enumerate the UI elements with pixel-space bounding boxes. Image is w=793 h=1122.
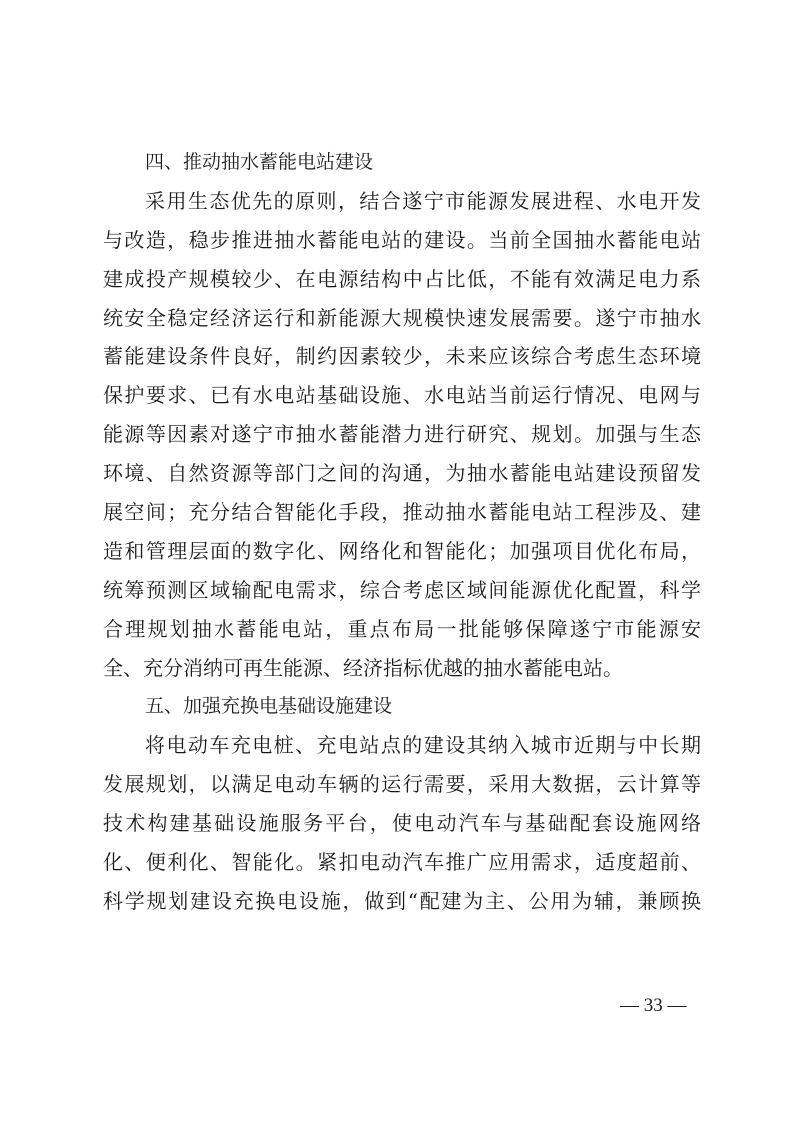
paragraph-line: 展空间；充分结合智能化手段，推动抽水蓄能电站工程涉及、建 xyxy=(103,493,701,532)
paragraph-line: 能源等因素对遂宁市抽水蓄能潜力进行研究、规划。加强与生态 xyxy=(103,415,701,454)
paragraph-line: 全、充分消纳可再生能源、经济指标优越的抽水蓄能电站。 xyxy=(103,649,701,688)
paragraph-line: 造和管理层面的数字化、网络化和智能化；加强项目优化布局， xyxy=(103,532,701,571)
paragraph-line: 将电动车充电桩、充电站点的建设其纳入城市近期与中长期 xyxy=(103,726,701,765)
section-heading: 五、加强充换电基础设施建设 xyxy=(103,687,701,726)
paragraph-line: 建成投产规模较少、在电源结构中占比低，不能有效满足电力系 xyxy=(103,260,701,299)
paragraph-line: 采用生态优先的原则，结合遂宁市能源发展进程、水电开发 xyxy=(103,182,701,221)
paragraph-line: 蓄能建设条件良好，制约因素较少，未来应该综合考虑生态环境 xyxy=(103,337,701,376)
paragraph-line: 科学规划建设充换电设施，做到“配建为主、公用为辅，兼顾换 xyxy=(103,882,701,921)
paragraph-line: 环境、自然资源等部门之间的沟通，为抽水蓄能电站建设预留发 xyxy=(103,454,701,493)
paragraph-line: 合理规划抽水蓄能电站，重点布局一批能够保障遂宁市能源安 xyxy=(103,610,701,649)
paragraph-line: 化、便利化、智能化。紧扣电动汽车推广应用需求，适度超前、 xyxy=(103,843,701,882)
paragraph-line: 发展规划，以满足电动车辆的运行需要，采用大数据，云计算等 xyxy=(103,765,701,804)
paragraph-line: 与改造，稳步推进抽水蓄能电站的建设。当前全国抽水蓄能电站 xyxy=(103,221,701,260)
paragraph-line: 统安全稳定经济运行和新能源大规模快速发展需要。遂宁市抽水 xyxy=(103,299,701,338)
document-page: 四、推动抽水蓄能电站建设 采用生态优先的原则，结合遂宁市能源发展进程、水电开发 … xyxy=(0,0,793,1122)
paragraph-line: 统筹预测区域输配电需求，综合考虑区域间能源优化配置，科学 xyxy=(103,571,701,610)
section-heading: 四、推动抽水蓄能电站建设 xyxy=(103,143,701,182)
paragraph-line: 保护要求、已有水电站基础设施、水电站当前运行情况、电网与 xyxy=(103,376,701,415)
page-number: — 33 — xyxy=(620,995,687,1017)
page-body: 四、推动抽水蓄能电站建设 采用生态优先的原则，结合遂宁市能源发展进程、水电开发 … xyxy=(103,143,701,921)
paragraph-line: 技术构建基础设施服务平台，使电动汽车与基础配套设施网络 xyxy=(103,804,701,843)
